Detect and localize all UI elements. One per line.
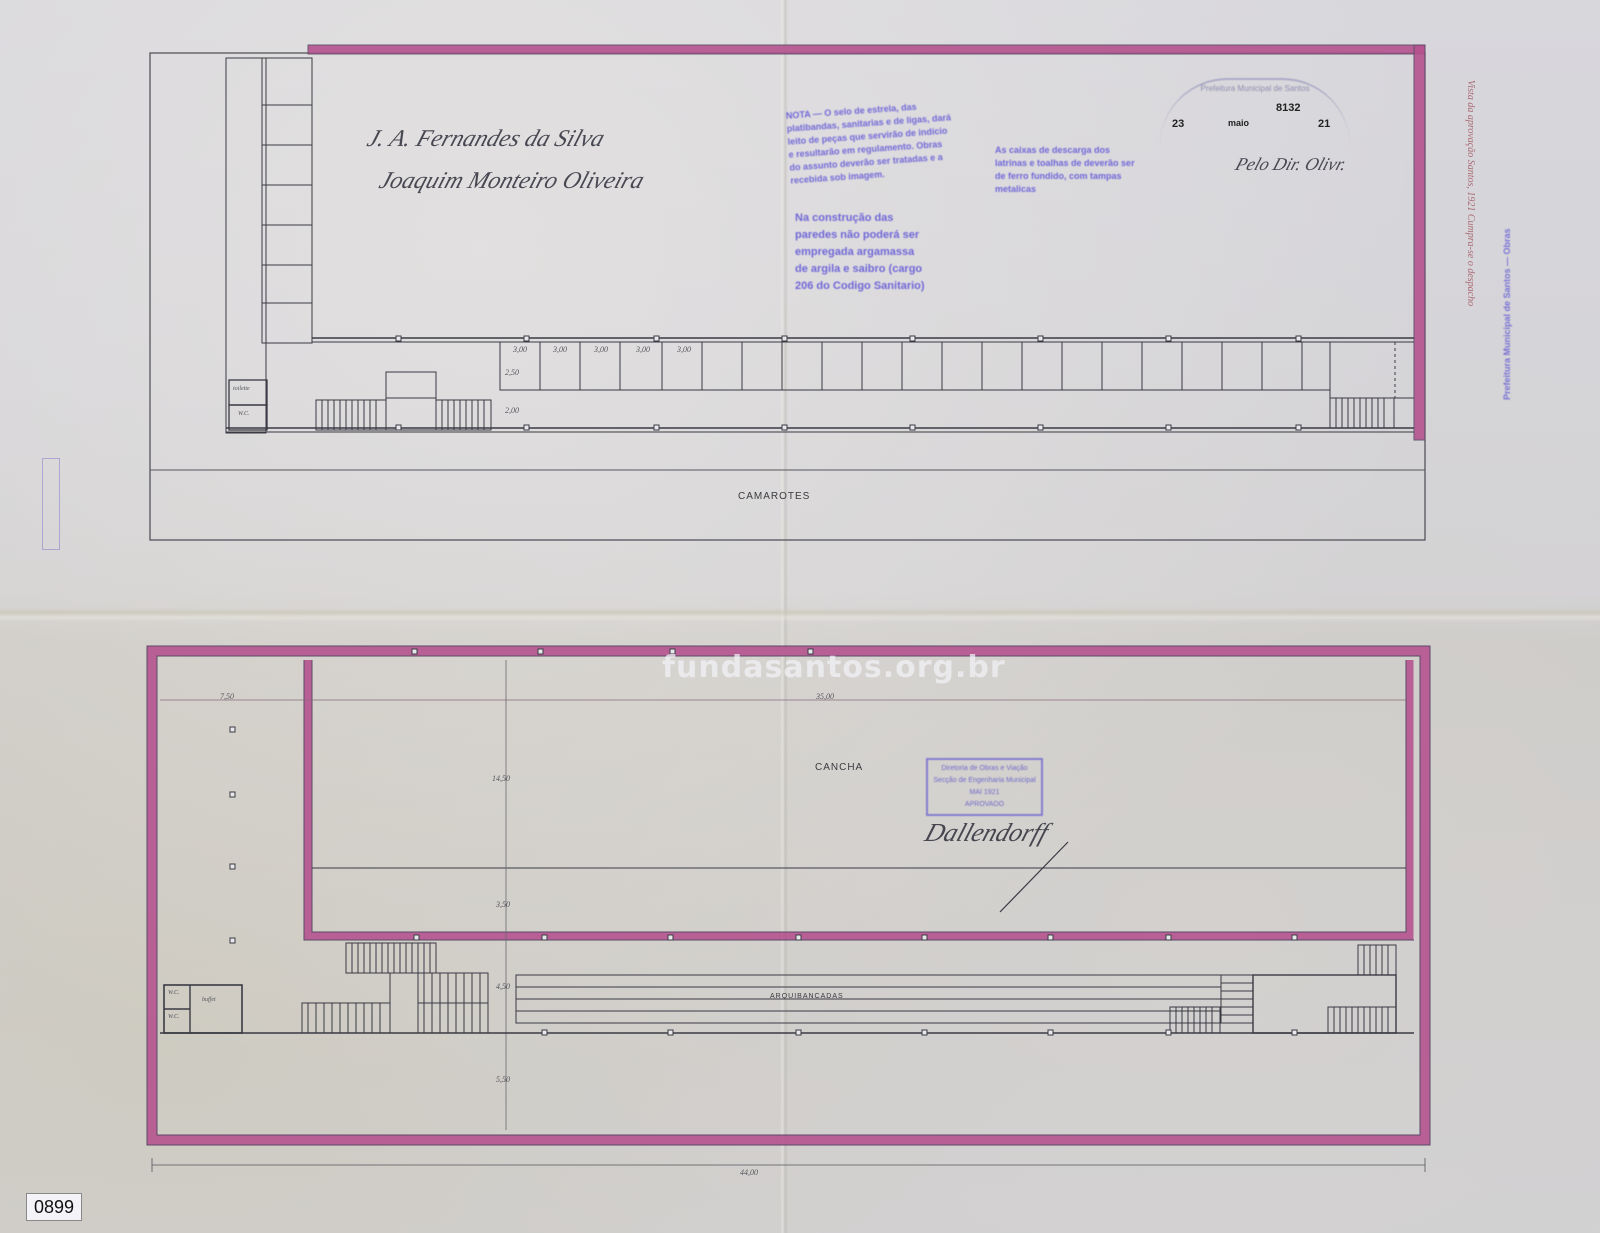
dimension-overall-width: 44,00 — [740, 1168, 758, 1177]
protocol-day: 23 — [1172, 118, 1184, 130]
side-blue-stamp: Prefeitura Municipal de Santos — Obras — [1500, 190, 1514, 400]
protocol-header: Prefeitura Municipal de Santos — [1160, 84, 1350, 93]
box-dimension: 3,00 — [513, 345, 527, 354]
lower-stairs-left — [302, 943, 488, 1033]
box-dimension: 3,00 — [677, 345, 691, 354]
signature-line-1: J. A. Fernandes da Silva — [364, 126, 608, 153]
toilette-label: toilette — [233, 386, 250, 392]
cancha-label: CANCHA — [815, 762, 863, 773]
side-handwritten-notes: Vista da aprovação Santos, 1921 Cumpra-s… — [1462, 80, 1478, 380]
arquibancadas-label: ARQUIBANCADAS — [770, 993, 844, 1000]
approval-line: Diretoria de Obras e Viação — [932, 763, 1037, 775]
lower-stairs-right — [1170, 945, 1396, 1033]
approval-box-stamp: Diretoria de Obras e Viação Secção de En… — [926, 758, 1043, 816]
box-dimension: 3,00 — [594, 345, 608, 354]
side-note: Vista da aprovação — [1465, 80, 1476, 157]
protocol-initials: Pelo Dir. Olivr. — [1233, 154, 1350, 175]
caixas-stamp: As caixas de descarga dos latrinas e toa… — [995, 144, 1140, 196]
protocol-month: maio — [1228, 118, 1249, 128]
buffet-label: buffet — [202, 997, 216, 1003]
dimension-vertical-mid: 3,50 — [496, 900, 510, 909]
dimension-top-main: 35,00 — [816, 692, 834, 701]
lower-plan — [147, 646, 1430, 1172]
approval-line: MAI 1921 — [932, 787, 1037, 799]
wc-label: W.C. — [168, 1014, 179, 1020]
wc-label: W.C. — [238, 411, 249, 417]
side-dimension: 2,00 — [505, 406, 519, 415]
approval-signature: Dallendorff — [921, 818, 1052, 848]
approval-line: APROVADO — [932, 799, 1037, 811]
upper-stairs-left — [316, 372, 491, 430]
upper-stairs-right — [1330, 398, 1394, 428]
dimension-vertical-bottom: 5,50 — [496, 1075, 510, 1084]
dimension-vertical-lower: 4,50 — [496, 982, 510, 991]
construcao-stamp: Na construção das paredes não poderá ser… — [795, 210, 925, 295]
protocol-number: 8132 — [1276, 102, 1300, 114]
wc-label: W.C. — [168, 990, 179, 996]
side-note: Santos, 1921 — [1465, 160, 1476, 212]
dimension-top-left: 7,50 — [220, 692, 234, 701]
side-dimension: 2,50 — [505, 368, 519, 377]
signature-line-2: Joaquim Monteiro Oliveira — [376, 168, 648, 195]
approval-line: Secção de Engenharia Municipal — [932, 775, 1037, 787]
box-dimension: 3,00 — [636, 345, 650, 354]
left-margin-stamp — [42, 458, 60, 550]
protocol-year: 21 — [1318, 118, 1330, 130]
camarotes-label: CAMAROTES — [738, 491, 810, 502]
nota-stamp: NOTA — O selo de estrela, das platibanda… — [785, 98, 955, 187]
catalog-number-tag: 0899 — [26, 1193, 82, 1221]
dimension-vertical-upper: 14,50 — [492, 774, 510, 783]
side-note: Cumpra-se o despacho — [1465, 214, 1476, 306]
box-dimension: 3,00 — [553, 345, 567, 354]
watermark: fundasantos.org.br — [662, 650, 1006, 685]
